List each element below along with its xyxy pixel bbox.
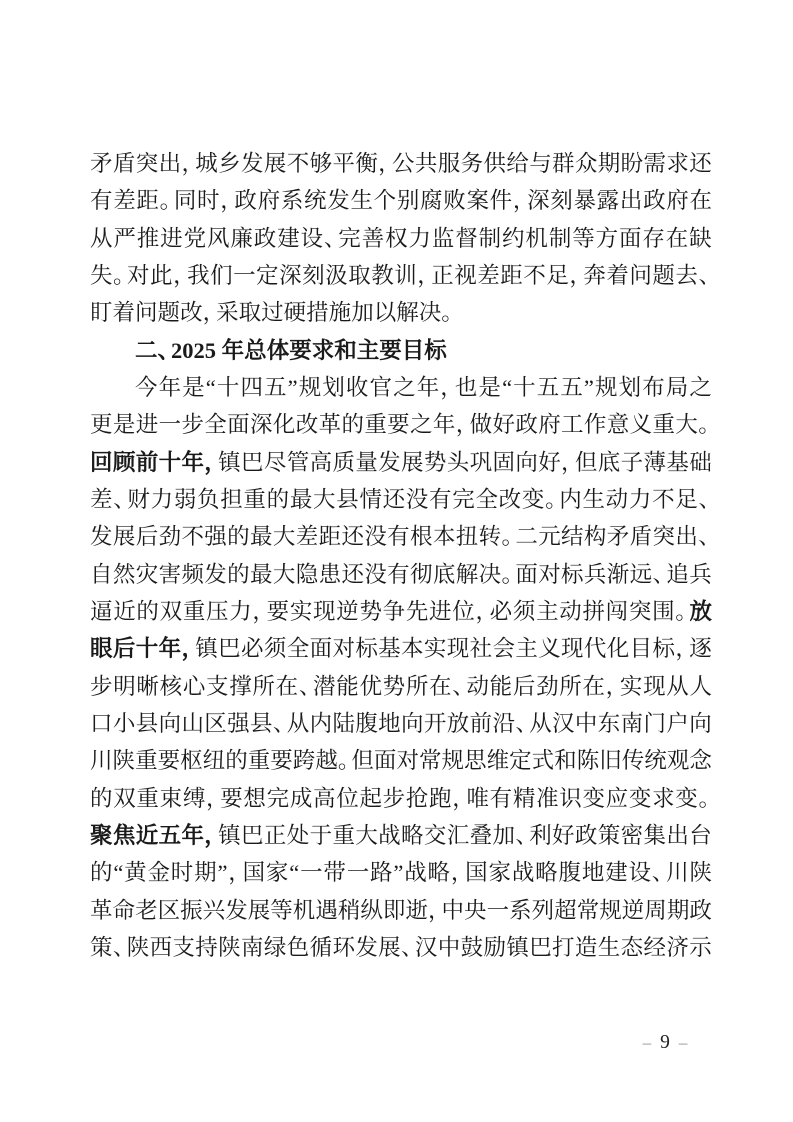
text-line: 革命老区振兴发展等机遇稍纵即逝，中央一系列超常规逆周期政 [90,892,712,929]
emphasis-text: 回顾前十年， [90,450,218,475]
text-line: 更是进一步全面深化改革的重要之年，做好政府工作意义重大。 [90,406,712,443]
body-text: 失。对此，我们一定深刻汲取教训，正视差距不足，奔着问题去、 [90,263,712,288]
text-line: 自然灾害频发的最大隐患还没有彻底解决。面对标兵渐远、追兵 [90,556,712,593]
body-text: 今年是“十四五”规划收官之年，也是“十五五”规划布局之年， [90,375,712,406]
body-text: 策、陕西支持陕南绿色循环发展、汉中鼓励镇巴打造生态经济示 [90,935,712,960]
page-number-value: 9 [660,1032,670,1053]
body-text: 口小县向山区强县、从内陆腹地向开放前沿、从汉中东南门户向 [90,711,712,736]
body-text: 有差距。同时，政府系统发生个别腐败案件，深刻暴露出政府在 [90,188,712,213]
text-line: 发展后劲不强的最大差距还没有根本扭转。二元结构矛盾突出、 [90,518,712,555]
body-text: 发展后劲不强的最大差距还没有根本扭转。二元结构矛盾突出、 [90,524,712,549]
body-text: 镇巴正处于重大战略交汇叠加、利好政策密集出台 [218,823,712,848]
text-line: 策、陕西支持陕南绿色循环发展、汉中鼓励镇巴打造生态经济示 [90,929,712,966]
text-line: 眼后十年，镇巴必须全面对标基本实现社会主义现代化目标，逐 [90,630,712,667]
body-text: 矛盾突出，城乡发展不够平衡，公共服务供给与群众期盼需求还 [90,151,712,176]
page-number-right-dash: – [679,1033,688,1052]
text-line: 回顾前十年，镇巴尽管高质量发展势头巩固向好，但底子薄基础 [90,444,712,481]
text-line: 盯着问题改，采取过硬措施加以解决。 [90,294,712,331]
page-number-left-dash: – [643,1033,652,1052]
text-line: 失。对此，我们一定深刻汲取教训，正视差距不足，奔着问题去、 [90,257,712,294]
body-text: 川陕重要枢纽的重要跨越。但面对常规思维定式和陈旧传统观念 [90,748,712,773]
text-line: 的双重束缚，要想完成高位起步抢跑，唯有精准识变应变求变。 [90,780,712,817]
emphasis-text: 放 [689,599,712,624]
text-line: 从严推进党风廉政建设、完善权力监督制约机制等方面存在缺 [90,220,712,257]
body-text: 盯着问题改，采取过硬措施加以解决。 [90,300,455,325]
text-line: 步明晰核心支撑所在、潜能优势所在、动能后劲所在，实现从人 [90,668,712,705]
body-text: 更是进一步全面深化改革的重要之年，做好政府工作意义重大。 [90,412,712,437]
body-text: 革命老区振兴发展等机遇稍纵即逝，中央一系列超常规逆周期政 [90,898,712,923]
body-text: 的双重束缚，要想完成高位起步抢跑，唯有精准识变应变求变。 [90,786,712,811]
text-line: 川陕重要枢纽的重要跨越。但面对常规思维定式和陈旧传统观念 [90,742,712,779]
text-line: 今年是“十四五”规划收官之年，也是“十五五”规划布局之年， [90,369,712,406]
body-text: 镇巴必须全面对标基本实现社会主义现代化目标，逐 [195,636,711,661]
body-text: 自然灾害频发的最大隐患还没有彻底解决。面对标兵渐远、追兵 [90,562,712,587]
body-text: 差、财力弱负担重的最大县情还没有完全改变。内生动力不足、 [90,487,712,512]
text-line: 的“黄金时期”，国家“一带一路”战略，国家战略腹地建设、川陕 [90,854,712,891]
text-line: 逼近的双重压力，要实现逆势争先进位，必须主动拼闯突围。放 [90,593,712,630]
document-body: 矛盾突出，城乡发展不够平衡，公共服务供给与群众期盼需求还有差距。同时，政府系统发… [90,145,712,966]
body-text: 镇巴尽管高质量发展势头巩固向好，但底子薄基础 [218,450,712,475]
emphasis-text: 眼后十年， [90,636,195,661]
text-line: 矛盾突出，城乡发展不够平衡，公共服务供给与群众期盼需求还 [90,145,712,182]
emphasis-text: 聚焦近五年， [90,823,218,848]
body-text: 逼近的双重压力，要实现逆势争先进位，必须主动拼闯突围。 [90,599,689,624]
document-page: 矛盾突出，城乡发展不够平衡，公共服务供给与群众期盼需求还有差距。同时，政府系统发… [0,0,793,1122]
body-text: 步明晰核心支撑所在、潜能优势所在、动能后劲所在，实现从人 [90,674,712,699]
body-text: 的“黄金时期”，国家“一带一路”战略，国家战略腹地建设、川陕 [90,860,712,885]
text-line: 差、财力弱负担重的最大县情还没有完全改变。内生动力不足、 [90,481,712,518]
text-line: 有差距。同时，政府系统发生个别腐败案件，深刻暴露出政府在 [90,182,712,219]
page-number: –9– [630,1031,700,1055]
body-text: 从严推进党风廉政建设、完善权力监督制约机制等方面存在缺 [90,226,712,251]
text-line: 聚焦近五年，镇巴正处于重大战略交汇叠加、利好政策密集出台 [90,817,712,854]
emphasis-text: 二、2025 年总体要求和主要目标 [135,338,447,363]
section-heading: 二、2025 年总体要求和主要目标 [90,332,712,369]
text-line: 口小县向山区强县、从内陆腹地向开放前沿、从汉中东南门户向 [90,705,712,742]
